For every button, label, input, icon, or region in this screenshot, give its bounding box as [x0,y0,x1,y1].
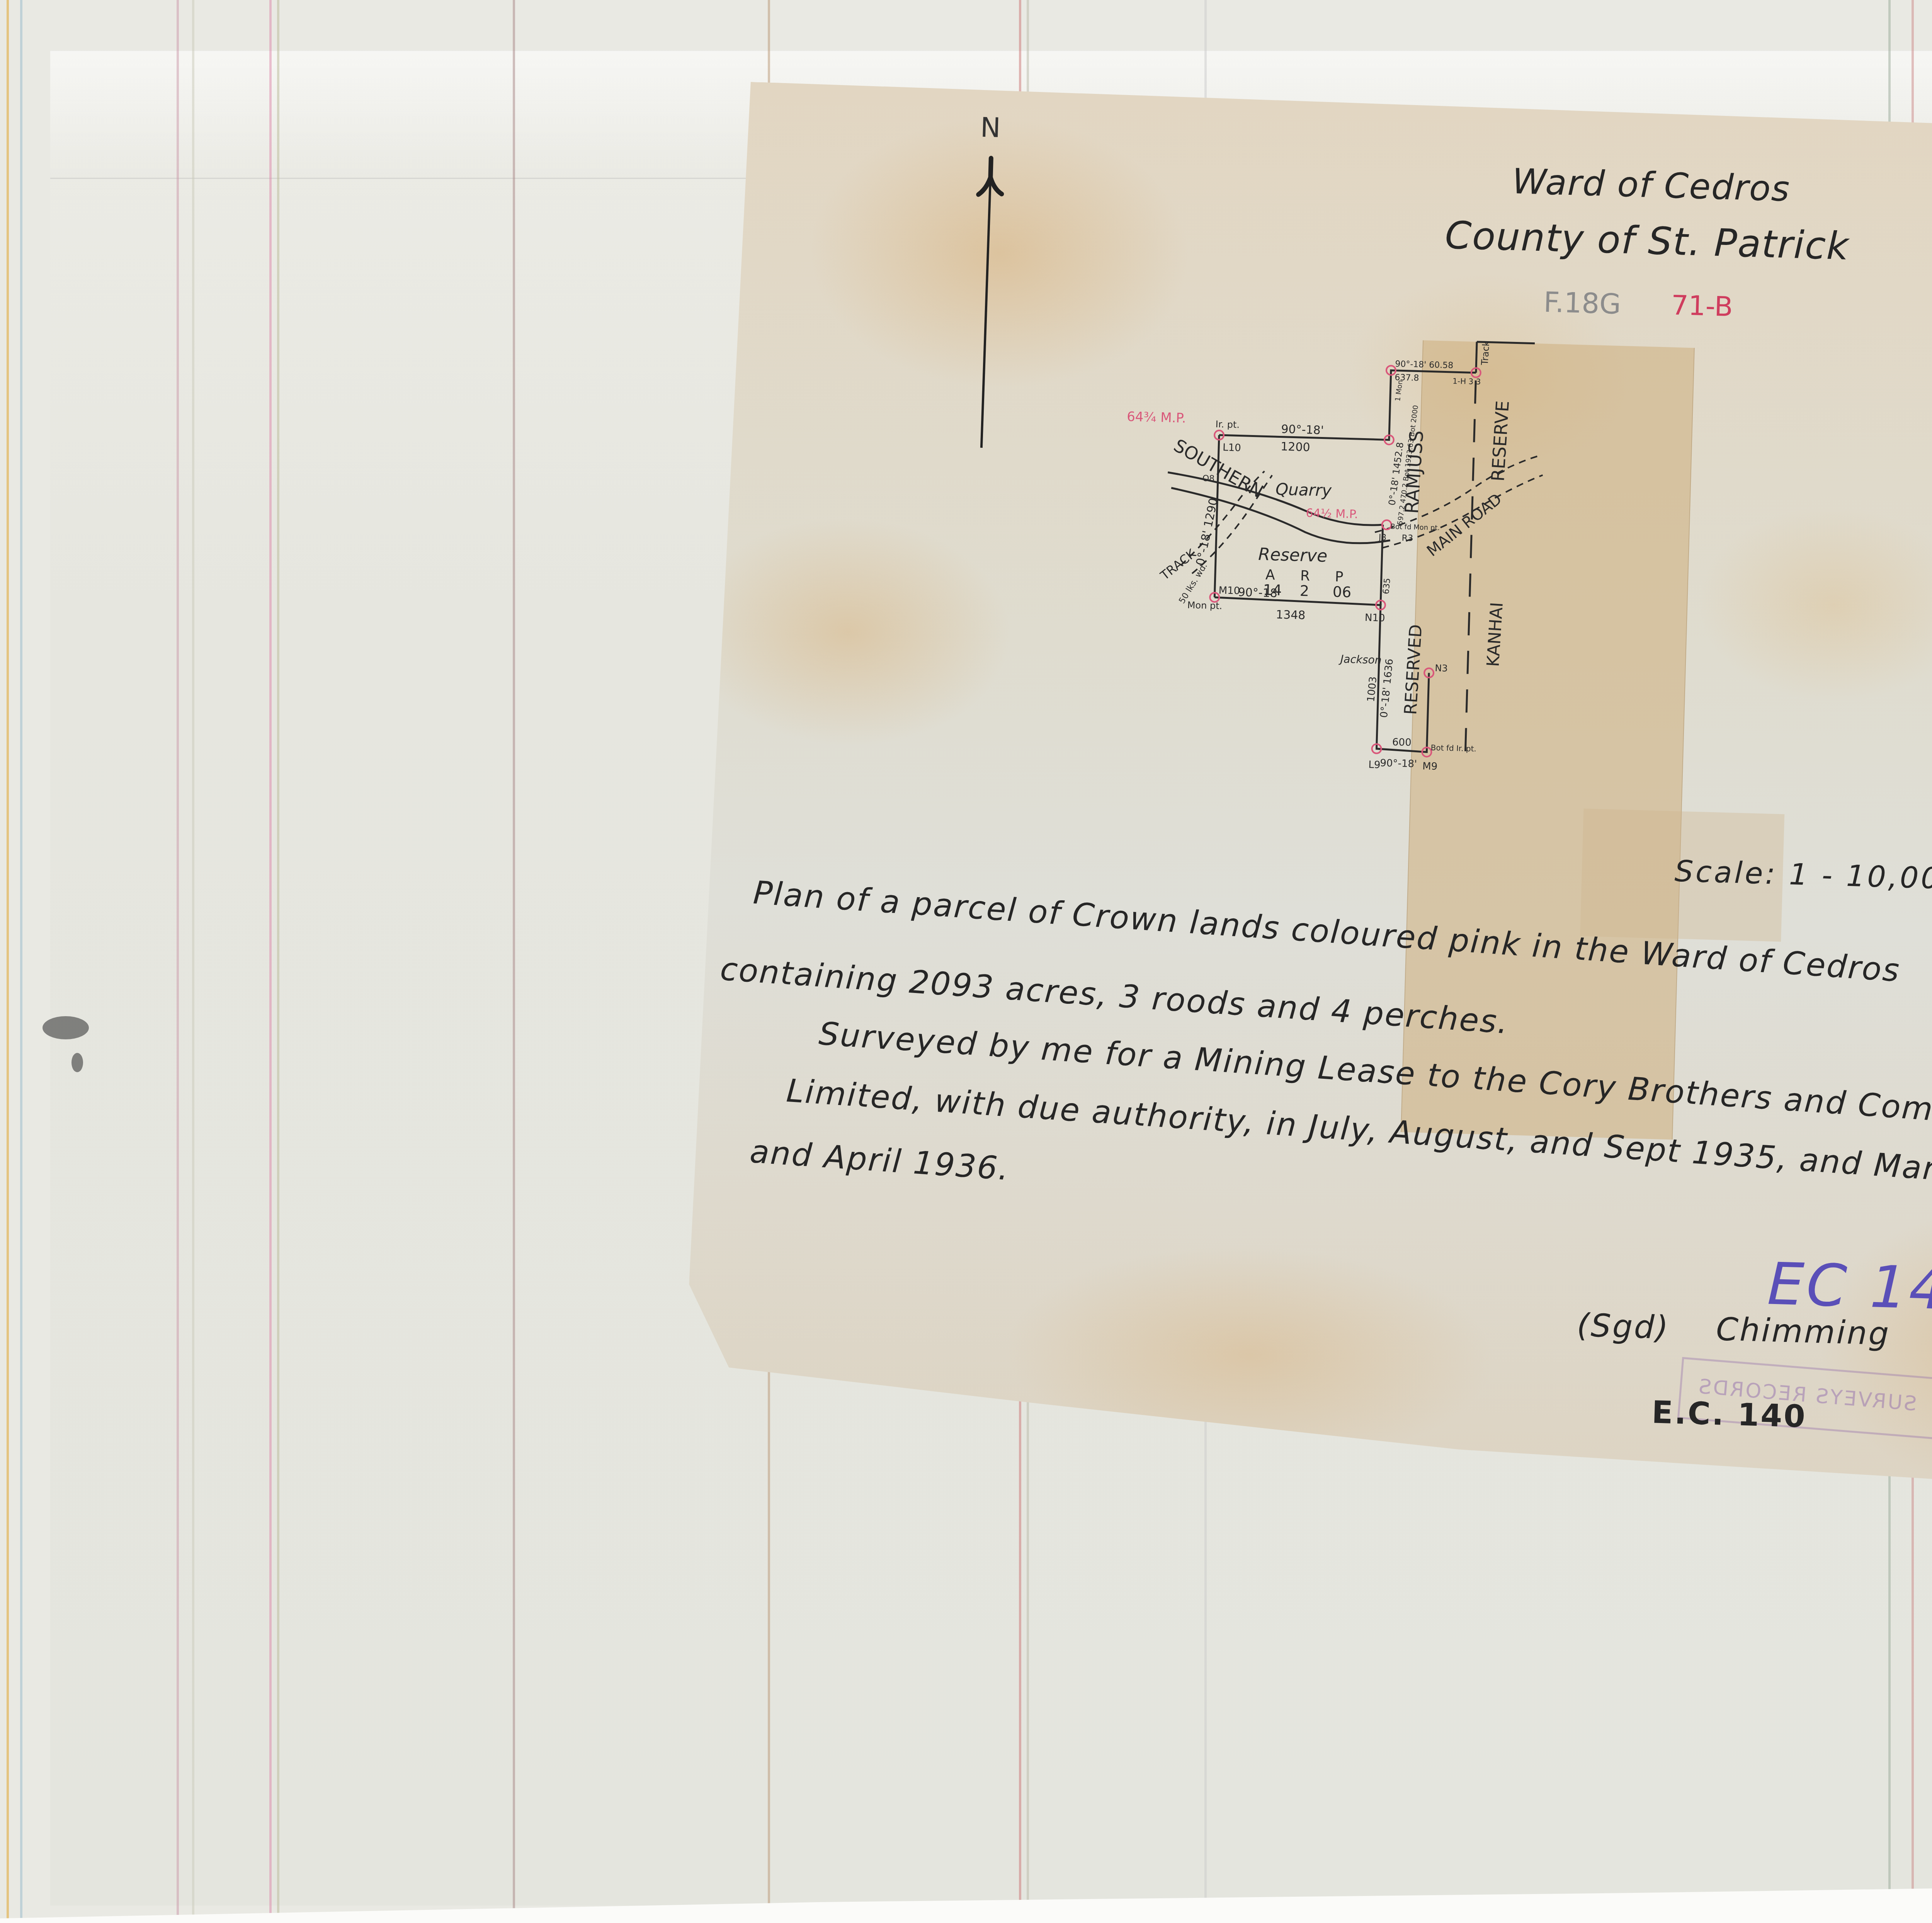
area-header: R [1300,568,1310,584]
reserve-label: Reserve [1258,544,1328,566]
station-label: R3 [1401,533,1413,543]
survey-sheet: N Ward of Cedros County of St. Patrick F… [684,81,1932,1488]
catalog-number-stamp: E.C. 140 [1651,1394,1807,1434]
station-label: M10 [1218,585,1240,597]
distance-label: 1200 [1281,440,1310,454]
reserve-right-label: RESERVE [1487,400,1513,482]
bearing-label: 90°-18' [1238,586,1281,600]
survey-plan-drawing: 64¾ M.P. 64½ M.P. SOUTHERN Quarry Reserv… [1103,316,1659,872]
station-label: J3 [1378,533,1386,543]
bearing-label: 90°-18' [1281,423,1324,437]
station-label: N10 [1365,612,1385,624]
quarry-label: Quarry [1276,479,1332,500]
mon-note: 1 Mon [1394,379,1405,401]
track-top-label: Track [1479,340,1492,366]
distance-label: 1348 [1276,608,1306,622]
area-header: P [1335,569,1344,585]
side-note-label: 635 [1381,578,1393,595]
red-reference: 71-B [1671,289,1733,323]
pencil-reference: F.18G [1543,286,1621,320]
area-value: 06 [1332,583,1352,600]
north-arrow-icon [960,111,1015,449]
station-label: O8 [1202,474,1215,484]
reserved-label: RESERVED [1401,624,1426,716]
north-label: N [980,112,1001,144]
jackson-label: Jackson [1338,653,1382,667]
mon-pt-note: Mon pt. [1187,600,1222,612]
signature-prefix: (Sgd) [1577,1307,1670,1347]
milepost-label: 64¾ M.P. [1127,409,1186,426]
bot-fd-note: Bot fd Ir. pt. [1430,743,1476,753]
distance-label: 1003 [1365,676,1379,702]
bearing-label: 0°-18' 1636 [1378,658,1396,718]
kanhai-label: KANHAI [1483,602,1507,667]
bearing-label: 90°-18' 60.58 [1395,359,1454,371]
area-header: A [1265,567,1275,583]
cross-ref-label: 1-H 3 3 [1452,376,1481,386]
station-label: N3 [1435,663,1448,674]
bearing-label: 90°-18' [1380,757,1417,770]
station-label: M9 [1422,760,1438,772]
county-title: County of St. Patrick [1444,213,1850,269]
distance-label: 600 [1392,736,1412,748]
bot-fd-mon-note: Bot fd Mon pt. [1390,523,1440,532]
station-label: L10 [1223,442,1241,454]
north-arrow: N [960,111,1015,449]
milepost-label: 64½ M.P. [1306,506,1358,521]
signature-name: Chimming [1716,1311,1891,1353]
ir-pt-note: Ir. pt. [1215,419,1240,430]
ward-title: Ward of Cedros [1512,161,1791,209]
station-label: L9 [1368,759,1381,771]
area-value: 2 [1299,582,1309,600]
description-line-5: and April 1936. [749,1133,1011,1188]
